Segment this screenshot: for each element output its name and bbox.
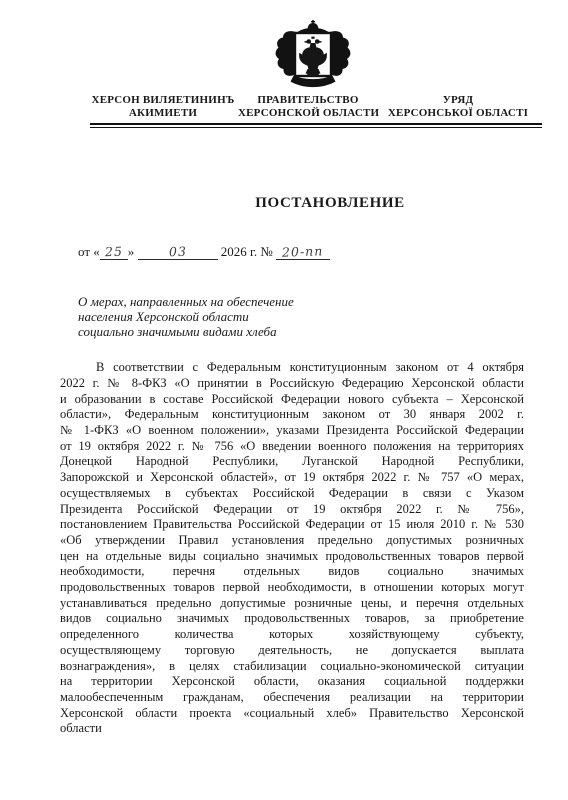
document-title: ПОСТАНОВЛЕНИЕ bbox=[255, 195, 405, 212]
document-body: В соответствии с Федеральным конституцио… bbox=[60, 360, 524, 737]
coat-of-arms bbox=[29, 0, 568, 92]
body-line: области bbox=[60, 721, 524, 737]
org-name-line: ХЕРСОН ВИЛЯЕТИНИНЪ bbox=[88, 94, 238, 107]
body-line: Запорожской и Херсонской областей», от 1… bbox=[60, 470, 524, 486]
body-line: 2022 г. № 8-ФКЗ «О принятии в Российскую… bbox=[60, 376, 524, 392]
body-line: необходимости, перечня отдельных видов с… bbox=[60, 564, 524, 580]
org-name-line: ПРАВИТЕЛЬСТВО bbox=[238, 94, 378, 107]
body-line: видов социально значимых продовольственн… bbox=[60, 611, 524, 627]
close-quote-label: » bbox=[128, 244, 135, 259]
body-line: Президента Российской Федерации от 19 ок… bbox=[60, 502, 524, 518]
double-headed-eagle-emblem-icon bbox=[270, 20, 356, 90]
org-name-line: ХЕРСОНСЬКОЇ ОБЛАСТІ bbox=[378, 107, 538, 120]
letterhead-divider-rule bbox=[90, 123, 542, 128]
date-prefix-label: от « bbox=[78, 244, 100, 259]
title-row: ПОСТАНОВЛЕНИЕ bbox=[0, 194, 568, 212]
handwritten-day: 25 bbox=[105, 244, 123, 261]
day-fill-field: 25 bbox=[100, 243, 128, 260]
body-line: области», Федеральным конституционным за… bbox=[60, 407, 524, 423]
body-line: Донецкой Народной Республики, Луганской … bbox=[60, 454, 524, 470]
org-name-center: ПРАВИТЕЛЬСТВОХЕРСОНСКОЙ ОБЛАСТИ bbox=[238, 94, 378, 120]
body-line: постановлением Правительства Российской … bbox=[60, 517, 524, 533]
handwritten-month: 03 bbox=[168, 244, 186, 261]
subject-line: О мерах, направленных на обеспечение bbox=[78, 294, 398, 309]
org-name-line: АКИМИЕТИ bbox=[88, 107, 238, 120]
body-line: на территории Херсонской области, оказан… bbox=[60, 674, 524, 690]
document-subject: О мерах, направленных на обеспечениенасе… bbox=[78, 294, 398, 339]
body-line: малообеспеченным гражданам, обеспечения … bbox=[60, 690, 524, 706]
body-line: осуществляющему торговую деятельность, н… bbox=[60, 643, 524, 659]
body-line: от 19 октября 2022 г. № 756 «О введении … bbox=[60, 439, 524, 455]
subject-line: социально значимыми видами хлеба bbox=[78, 324, 398, 339]
body-line: продовольственных товаров первой необход… bbox=[60, 580, 524, 596]
org-name-left: ХЕРСОН ВИЛЯЕТИНИНЪАКИМИЕТИ bbox=[88, 94, 238, 120]
organization-names-row: ХЕРСОН ВИЛЯЕТИНИНЪАКИМИЕТИ ПРАВИТЕЛЬСТВО… bbox=[88, 94, 538, 120]
body-line: и образовании в составе Российской Федер… bbox=[60, 392, 524, 408]
document-page: ХЕРСОН ВИЛЯЕТИНИНЪАКИМИЕТИ ПРАВИТЕЛЬСТВО… bbox=[0, 0, 568, 800]
number-fill-field: 20-пп bbox=[276, 243, 330, 260]
month-fill-field: 03 bbox=[138, 243, 218, 260]
body-line: «Об утверждении Правил установления пред… bbox=[60, 533, 524, 549]
body-line: определенного количества которых хозяйст… bbox=[60, 627, 524, 643]
date-number-line: от «25» 03 2026 г. № 20-пп bbox=[78, 243, 568, 265]
subject-line: населения Херсонской области bbox=[78, 309, 398, 324]
year-number-label: 2026 г. № bbox=[221, 244, 273, 259]
handwritten-doc-number: 20-пп bbox=[282, 243, 324, 260]
org-name-line: УРЯД bbox=[378, 94, 538, 107]
org-name-right: УРЯДХЕРСОНСЬКОЇ ОБЛАСТІ bbox=[378, 94, 538, 120]
body-line: цен на отдельные виды социально значимых… bbox=[60, 549, 524, 565]
letterhead: ХЕРСОН ВИЛЯЕТИНИНЪАКИМИЕТИ ПРАВИТЕЛЬСТВО… bbox=[0, 0, 568, 128]
org-name-line: ХЕРСОНСКОЙ ОБЛАСТИ bbox=[238, 107, 378, 120]
body-line: вознаграждения», в целях стабилизации со… bbox=[60, 659, 524, 675]
body-line: осуществляемых в субъектах Российской Фе… bbox=[60, 486, 524, 502]
body-line: № 1-ФКЗ «О военном положении», указами П… bbox=[60, 423, 524, 439]
body-line: Херсонской области проекта «социальный х… bbox=[60, 706, 524, 722]
body-line: В соответствии с Федеральным конституцио… bbox=[60, 360, 524, 376]
body-line: устанавливаться предельно допустимые роз… bbox=[60, 596, 524, 612]
